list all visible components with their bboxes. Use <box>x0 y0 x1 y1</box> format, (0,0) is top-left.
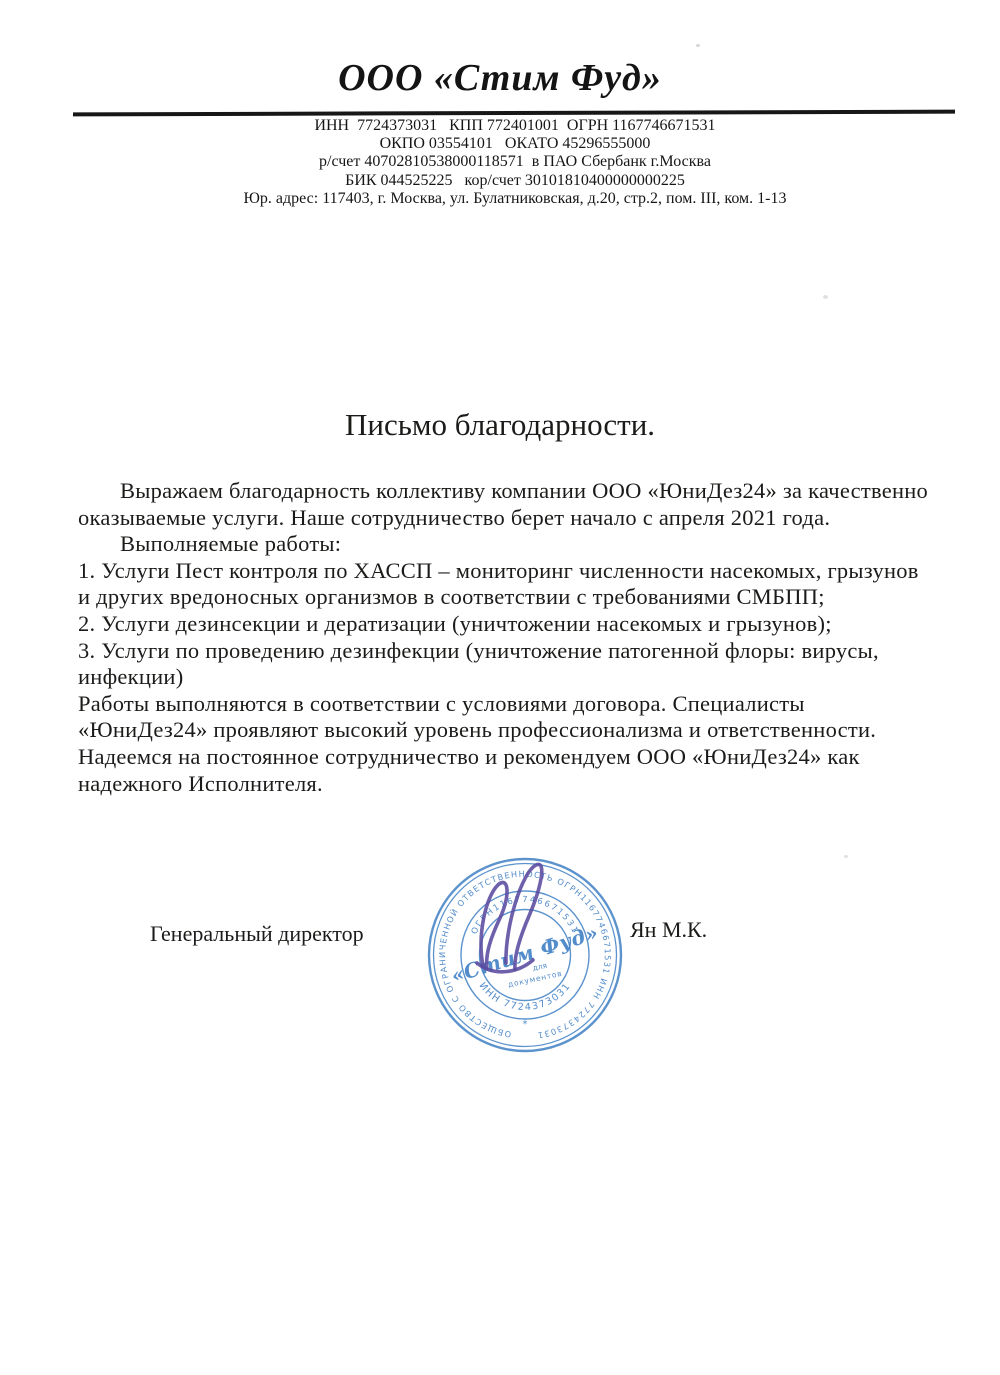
letterhead-line-inn: ИНН 7724373031 КПП 772401001 ОГРН 116774… <box>60 117 970 135</box>
letterhead-line-bik: БИК 044525225 кор/счет 30101810400000000… <box>60 172 970 190</box>
company-name: ООО «Стим Фуд» <box>0 56 1000 100</box>
letterhead-rule <box>73 110 955 117</box>
body-line: Работы выполняются в соответствии с усло… <box>78 691 958 718</box>
body-line: Надеемся на постоянное сотрудничество и … <box>78 744 958 771</box>
body-line: 1. Услуги Пест контроля по ХАССП – монит… <box>78 558 958 585</box>
body-line: «ЮниДез24» проявляют высокий уровень про… <box>78 717 958 744</box>
body-line: и других вредоносных организмов в соотве… <box>78 584 958 611</box>
scan-speck <box>823 295 828 299</box>
letter-body: Выражаем благодарность коллективу компан… <box>78 478 958 797</box>
scanned-letter-page: ООО «Стим Фуд» ИНН 7724373031 КПП 772401… <box>0 0 1000 1375</box>
body-line: 3. Услуги по проведению дезинфекции (уни… <box>78 638 958 665</box>
letterhead-line-okpo: ОКПО 03554101 ОКАТО 45296555000 <box>60 135 970 153</box>
signer-name: Ян М.К. <box>630 917 707 943</box>
body-line: Выполняемые работы: <box>78 531 958 558</box>
body-line: 2. Услуги дезинсекции и дератизации (уни… <box>78 611 958 638</box>
scan-speck <box>844 855 848 858</box>
stamp-graphic: ОБЩЕСТВО С ОГРАНИЧЕННОЙ ОТВЕТСТВЕННОСТЬ … <box>420 850 630 1060</box>
letterhead-line-account: р/счет 40702810538000118571 в ПАО Сберба… <box>60 153 970 171</box>
body-line: оказываемые услуги. Наше сотрудничество … <box>78 505 958 532</box>
letterhead-details: ИНН 7724373031 КПП 772401001 ОГРН 116774… <box>60 117 970 208</box>
signer-title: Генеральный директор <box>150 921 364 947</box>
body-line: Выражаем благодарность коллективу компан… <box>78 478 958 505</box>
letterhead-line-address: Юр. адрес: 117403, г. Москва, ул. Булатн… <box>60 190 970 208</box>
body-line: надежного Исполнителя. <box>78 771 958 798</box>
stamp-bottom-star: * <box>523 1019 528 1030</box>
stamp-sub-text-1: для <box>532 961 548 973</box>
company-stamp: ОБЩЕСТВО С ОГРАНИЧЕННОЙ ОТВЕТСТВЕННОСТЬ … <box>420 850 630 1060</box>
stamp-texts: ОБЩЕСТВО С ОГРАНИЧЕННОЙ ОТВЕТСТВЕННОСТЬ … <box>437 869 613 1041</box>
document-title: Письмо благодарности. <box>0 407 1000 443</box>
scan-speck <box>696 44 700 47</box>
body-line: инфекции) <box>78 664 958 691</box>
